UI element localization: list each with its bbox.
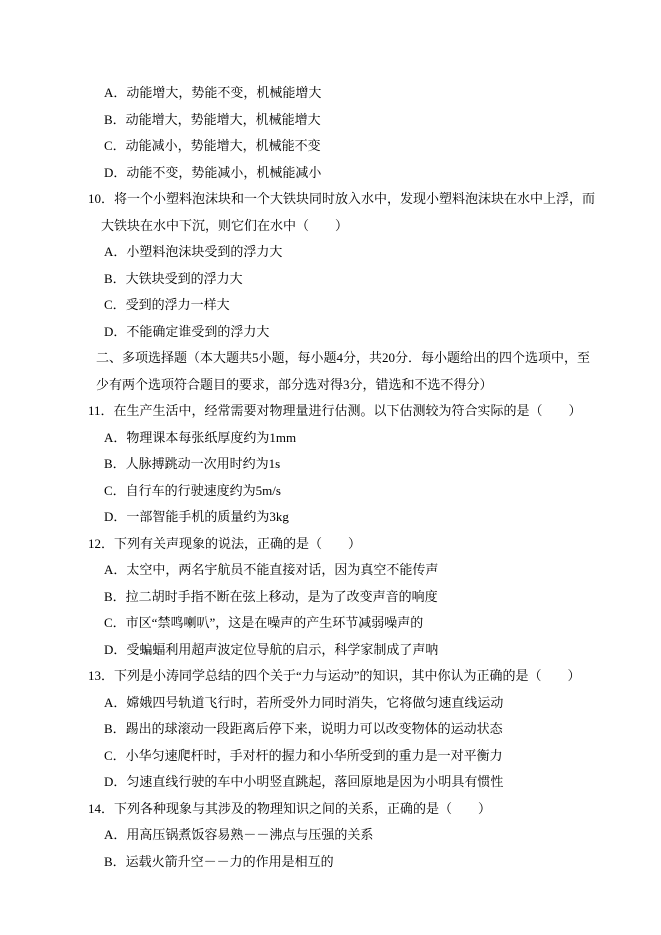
question-11-option-c: C．自行车的行驶速度约为5m/s	[88, 478, 600, 505]
section-2-header: 二、多项选择题（本大题共5小题，每小题4分，共20分．每小题给出的四个选项中，至…	[88, 345, 600, 398]
question-14-option-b: B．运载火箭升空－－力的作用是相互的	[88, 849, 600, 876]
question-9-option-b: B．动能增大，势能增大，机械能增大	[88, 107, 600, 134]
question-14-stem: 14．下列各种现象与其涉及的物理知识之间的关系，正确的是（ ）	[88, 796, 600, 823]
exam-content: A．动能增大，势能不变，机械能增大 B．动能增大，势能增大，机械能增大 C．动能…	[88, 80, 600, 875]
question-11-stem: 11．在生产生活中，经常需要对物理量进行估测。以下估测较为符合实际的是（ ）	[88, 398, 600, 425]
question-12-option-a: A．太空中，两名宇航员不能直接对话，因为真空不能传声	[88, 557, 600, 584]
question-12-option-c: C．市区“禁鸣喇叭”，这是在噪声的产生环节减弱噪声的	[88, 610, 600, 637]
question-10-option-b: B．大铁块受到的浮力大	[88, 266, 600, 293]
question-10-option-a: A．小塑料泡沫块受到的浮力大	[88, 239, 600, 266]
question-11-option-d: D．一部智能手机的质量约为3kg	[88, 504, 600, 531]
question-9-option-a: A．动能增大，势能不变，机械能增大	[88, 80, 600, 107]
question-13-option-c: C．小华匀速爬杆时，手对杆的握力和小华所受到的重力是一对平衡力	[88, 743, 600, 770]
question-12-stem: 12．下列有关声现象的说法，正确的是（ ）	[88, 531, 600, 558]
question-10-option-d: D．不能确定谁受到的浮力大	[88, 319, 600, 346]
question-13-option-a: A．嫦娥四号轨道飞行时，若所受外力同时消失，它将做匀速直线运动	[88, 690, 600, 717]
question-14-option-a: A．用高压锅煮饭容易熟－－沸点与压强的关系	[88, 822, 600, 849]
question-11-option-b: B．人脉搏跳动一次用时约为1s	[88, 451, 600, 478]
exam-paper-page: A．动能增大，势能不变，机械能增大 B．动能增大，势能增大，机械能增大 C．动能…	[0, 0, 661, 935]
question-9-option-d: D．动能不变，势能减小，机械能减小	[88, 160, 600, 187]
question-13-option-d: D．匀速直线行驶的车中小明竖直跳起，落回原地是因为小明具有惯性	[88, 769, 600, 796]
question-10-stem: 10．将一个小塑料泡沫块和一个大铁块同时放入水中，发现小塑料泡沫块在水中上浮，而…	[88, 186, 600, 239]
question-12-option-d: D．受蝙蝠利用超声波定位导航的启示，科学家制成了声呐	[88, 637, 600, 664]
question-13-option-b: B．踢出的球滚动一段距离后停下来，说明力可以改变物体的运动状态	[88, 716, 600, 743]
question-9-option-c: C．动能减小，势能增大，机械能不变	[88, 133, 600, 160]
question-11-option-a: A．物理课本每张纸厚度约为1mm	[88, 425, 600, 452]
question-10-option-c: C．受到的浮力一样大	[88, 292, 600, 319]
question-12-option-b: B．拉二胡时手指不断在弦上移动，是为了改变声音的响度	[88, 584, 600, 611]
question-13-stem: 13．下列是小涛同学总结的四个关于“力与运动”的知识，其中你认为正确的是（ ）	[88, 663, 600, 690]
